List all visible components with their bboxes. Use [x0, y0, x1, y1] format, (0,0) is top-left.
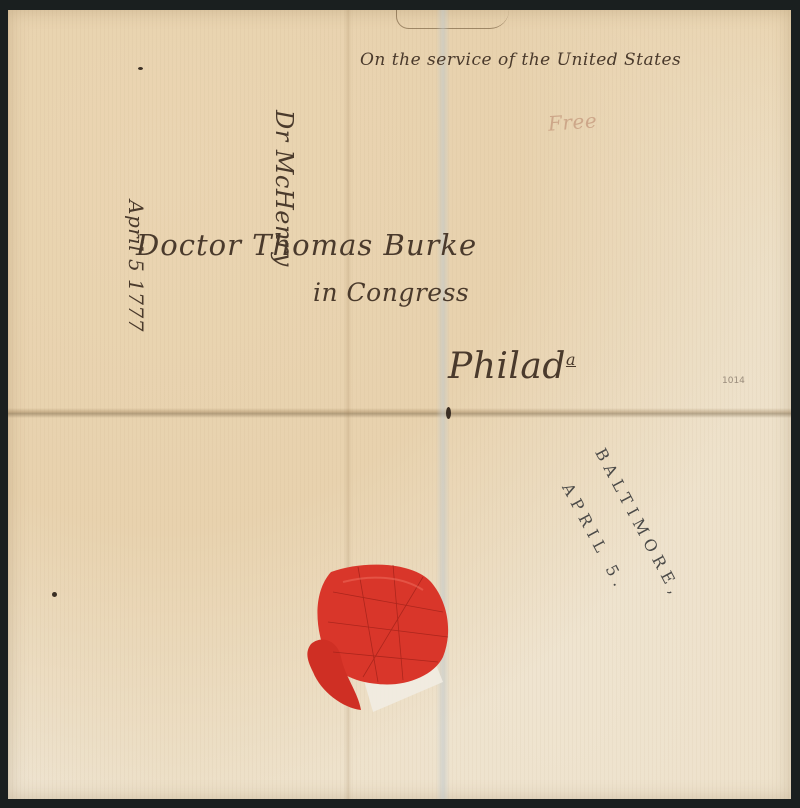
- address-city: Philada: [448, 346, 576, 387]
- letter-cover: On the service of the United States Free…: [8, 10, 791, 799]
- pencil-note: 1014: [722, 376, 745, 386]
- docket-date: April 5 1777: [124, 200, 148, 332]
- city-superscript: a: [566, 350, 576, 369]
- wax-seal-icon: [303, 562, 458, 722]
- ink-spot: [52, 592, 57, 597]
- city-name: Philad: [448, 346, 566, 387]
- paper-tear: [396, 10, 509, 29]
- wax-seal: [303, 562, 458, 722]
- frank-line: On the service of the United States: [360, 50, 681, 70]
- horizontal-fold-line: [8, 408, 791, 418]
- ink-spot: [446, 407, 451, 419]
- ink-spot: [138, 67, 143, 70]
- free-frank: Free: [547, 108, 598, 135]
- addressee: Doctor Thomas Burke: [136, 228, 477, 262]
- address-line-2: in Congress: [313, 278, 469, 307]
